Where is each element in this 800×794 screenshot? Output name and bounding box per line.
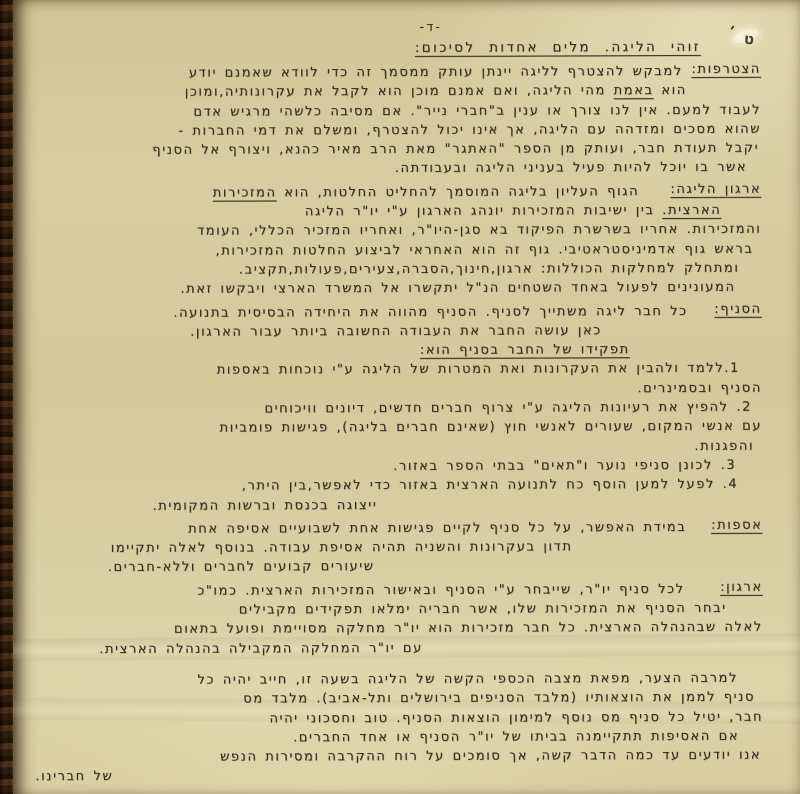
text-line: ומתחלק למחלקות הכוללות: ארגון,חינוך,הסבר… [25,259,739,281]
text-segment: והמזכירות. אחריו בשרשרת הפיקוד בא סגן-הי… [197,222,761,239]
text-line: למרבה הצער, מפאת מצבה הכספי הקשה של הליג… [27,669,738,691]
text-line: 4. לפעל למען הוסף כח לתנועה הארצית באזור… [26,475,738,497]
text-line: חבר, יטיל כל סניף מס נוסף למימון הוצאות … [27,707,763,729]
text-segment: עם יו"ר המחלקה המקבילה בהנהלה הארצית. [99,641,423,657]
text-segment: 2. להפיץ את רעיונות הליגה ע"י צרוף חברים… [264,400,752,417]
text-segment: עם אנשי המקום, שעורים לאנשי חוץ (שאינם ח… [220,419,763,436]
text-line: הארצית. בין ישיבות המזכירות יונהג הארגון… [25,201,721,223]
text-line: בראש גוף אדמיניסטראטיבי. גוף זה הוא האחר… [25,239,753,261]
text-segment: חבר, יטיל כל סניף מס נוסף למימון הוצאות … [269,709,763,726]
typewritten-text-block: זוהי הליגה. מלים אחדות לסיכום: הצטרפות:ל… [25,39,764,791]
text-line: כאן עושה החבר את העבודה החשובה ביותר עבו… [26,321,602,342]
section-league-organization: ארגון הליגה:הגוף העליון בליגה המוסמך להח… [25,181,761,299]
text-segment: הגוף העליון בליגה המוסמך להחליט החלטות, … [277,184,640,200]
text-segment: למבקש להצטרף לליגה יינתן עותק ממסמך זה כ… [189,64,683,81]
text-line: 3. לכונן סניפי נוער ו"תאים" בבתי הספר בא… [26,456,736,478]
text-line: תדון בעקרונות והשניה תהיה אסיפת עבודה. ב… [26,538,572,559]
text-line: והמזכירות. אחריו בשרשרת הפיקוד בא סגן-הי… [25,220,761,242]
text-line: שיעורים קבועים לחברים וללא-חברים. [26,557,374,578]
text-segment: כל חבר ליגה משתייך לסניף. הסניף מהווה את… [173,304,687,321]
text-line: שהוא מסכים ומזדהה עם הליגה, אך אינו יכול… [25,120,761,142]
wooden-table-edge [0,0,13,794]
text-segment: בראש גוף אדמיניסטראטיבי. גוף זה הוא האחר… [215,241,753,258]
text-line: 1.ללמד ולהבין את העקרונות ואת המטרות של … [26,359,740,381]
text-segment: אשר בו יוכל להיות פעיל בעניני הליגה ובעב… [395,160,747,176]
text-line: סניף לממן את הוצאותיו (מלבד הסניפים בירו… [27,688,755,710]
underlined-text: הארצית. [662,203,721,218]
text-line: ייצוגה בכנסת וברשות המקומית. [26,496,377,517]
text-line: אם האסיפות תתקיימנה בביתו של יו"ר הסניף … [27,727,739,749]
text-segment: של חברינו. [35,769,113,784]
text-line: תפקידו של החבר בסניף הוא: [26,340,630,361]
underlined-text: באמת [614,83,654,98]
text-line: במידת האפשר, על כל סניף לקיים פגישות אחת… [26,518,686,540]
document-sections: הצטרפות:למבקש להצטרף לליגה יינתן עותק ממ… [25,62,764,787]
text-line: אנו יודעים עד כמה הדבר קשה, אך סומכים על… [27,746,761,768]
text-segment: 4. לפעל למען הוסף כח לתנועה הארצית באזור… [242,477,739,494]
text-line: עם אנשי המקום, שעורים לאנשי חוץ (שאינם ח… [26,417,762,439]
text-line: לאלה שבהנהלה הארצית. כל חבר מזכירות הוא … [27,618,763,640]
text-segment: אם האסיפות תתקיימנה בביתו של יו"ר הסניף … [293,729,739,746]
text-line: יקבל תעודת חבר, ועותק מן הספר "האתגר" מא… [25,139,759,161]
text-line: כל חבר ליגה משתייך לסניף. הסניף מהווה את… [26,302,688,324]
text-line: יבחר הסניף את המזכירות שלו, אשר חבריה ימ… [27,599,727,621]
text-segment: תדון בעקרונות והשניה תהיה אסיפת עבודה. ב… [111,540,573,557]
text-segment: לעבוד למעם. אין לנו צורך או ענין ב"חברי … [193,102,761,119]
text-line: לעבוד למעם. אין לנו צורך או ענין ב"חברי … [25,100,761,122]
text-line: לכל סניף יו"ר, שייבחר ע"י הסניף ובאישור … [27,580,685,602]
closing-paragraph: למרבה הצער, מפאת מצבה הכספי הקשה של הליג… [27,669,763,787]
text-line: עם יו"ר המחלקה המקבילה בהנהלה הארצית. [27,639,423,660]
section-branch: הסניף:כל חבר ליגה משתייך לסניף. הסניף מה… [26,301,763,516]
text-segment: למרבה הצער, מפאת מצבה הכספי הקשה של הליג… [197,671,737,688]
text-segment: הסניף ובסמינרים. [637,380,762,395]
text-line: הסניף ובסמינרים. [26,378,762,400]
section-label: ארגון: [720,579,763,594]
text-segment: במידת האפשר, על כל סניף לקיים פגישות אחת… [188,520,686,537]
underlined-text: המזכירות [213,185,277,200]
scanned-document-photo: ' ט -ד- זוהי הליגה. מלים אחדות לסיכום: ה… [0,0,800,794]
text-segment: יקבל תעודת חבר, ועותק מן הספר "האתגר" מא… [152,141,759,158]
text-line: של חברינו. [27,767,113,787]
text-line: 2. להפיץ את רעיונות הליגה ע"י צרוף חברים… [26,398,752,420]
text-line: המעונינים לפעול באחד השטחים הנ"ל יתקשרו … [26,278,736,300]
text-segment: 1.ללמד ולהבין את העקרונות ואת המטרות של … [217,361,740,378]
text-segment: ייצוגה בכנסת וברשות המקומית. [152,498,377,514]
document-title-line: זוהי הליגה. מלים אחדות לסיכום: [25,39,701,57]
text-segment: והפגנות. [694,438,754,453]
text-segment: המעונינים לפעול באחד השטחים הנ"ל יתקשרו … [180,280,735,297]
page-number: -ד- [420,20,442,35]
text-segment: אנו יודעים עד כמה הדבר קשה, אך סומכים על… [220,748,761,765]
section-meetings: אספות:במידת האפשר, על כל סניף לקיים פגיש… [26,518,762,578]
section-label: אספות: [711,518,762,533]
text-line: הוא באמת מהי הליגה, ואם אמנם מוכן הוא לק… [25,81,687,103]
text-line: אשר בו יוכל להיות פעיל בעניני הליגה ובעב… [25,158,747,180]
document-title: זוהי הליגה. מלים אחדות לסיכום: [415,39,701,56]
text-line: והפגנות. [26,436,754,458]
text-line: למבקש להצטרף לליגה יינתן עותק ממסמך זה כ… [25,62,683,84]
section-join: הצטרפות:למבקש להצטרף לליגה יינתן עותק ממ… [25,62,761,180]
text-segment: שיעורים קבועים לחברים וללא-חברים. [108,559,375,575]
section-organization: ארגון:לכל סניף יו"ר, שייבחר ע"י הסניף וב… [27,579,763,659]
text-segment: ומתחלק למחלקות הכוללות: ארגון,חינוך,הסבר… [239,261,740,278]
text-line: הגוף העליון בליגה המוסמך להחליט החלטות, … [25,182,639,203]
text-segment: מהי הליגה, ואם אמנם מוכן הוא לקבל את עקר… [185,84,614,100]
text-segment: שהוא מסכים ומזדהה עם הליגה, אך אינו יכול… [178,122,761,139]
text-segment: 3. לכונן סניפי נוער ו"תאים" בבתי הספר בא… [393,458,736,474]
section-label: הסניף: [714,301,761,316]
text-segment: לאלה שבהנהלה הארצית. כל חבר מזכירות הוא … [174,620,763,637]
text-segment: הוא [654,83,687,98]
text-segment: לכל סניף יו"ר, שייבחר ע"י הסניף ובאישור … [197,582,684,599]
text-segment: כאן עושה החבר את העבודה החשובה ביותר עבו… [190,323,602,339]
text-segment: יבחר הסניף את המזכירות שלו, אשר חבריה ימ… [239,601,727,618]
section-label: הצטרפות: [691,62,760,77]
text-segment: בין ישיבות המזכירות יונהג הארגון ע"י יו"… [305,203,662,219]
text-segment: סניף לממן את הוצאותיו (מלבד הסניפים בירו… [243,690,755,707]
section-label: ארגון הליגה: [670,181,761,196]
underlined-text: תפקידו של החבר בסניף הוא: [420,342,630,358]
